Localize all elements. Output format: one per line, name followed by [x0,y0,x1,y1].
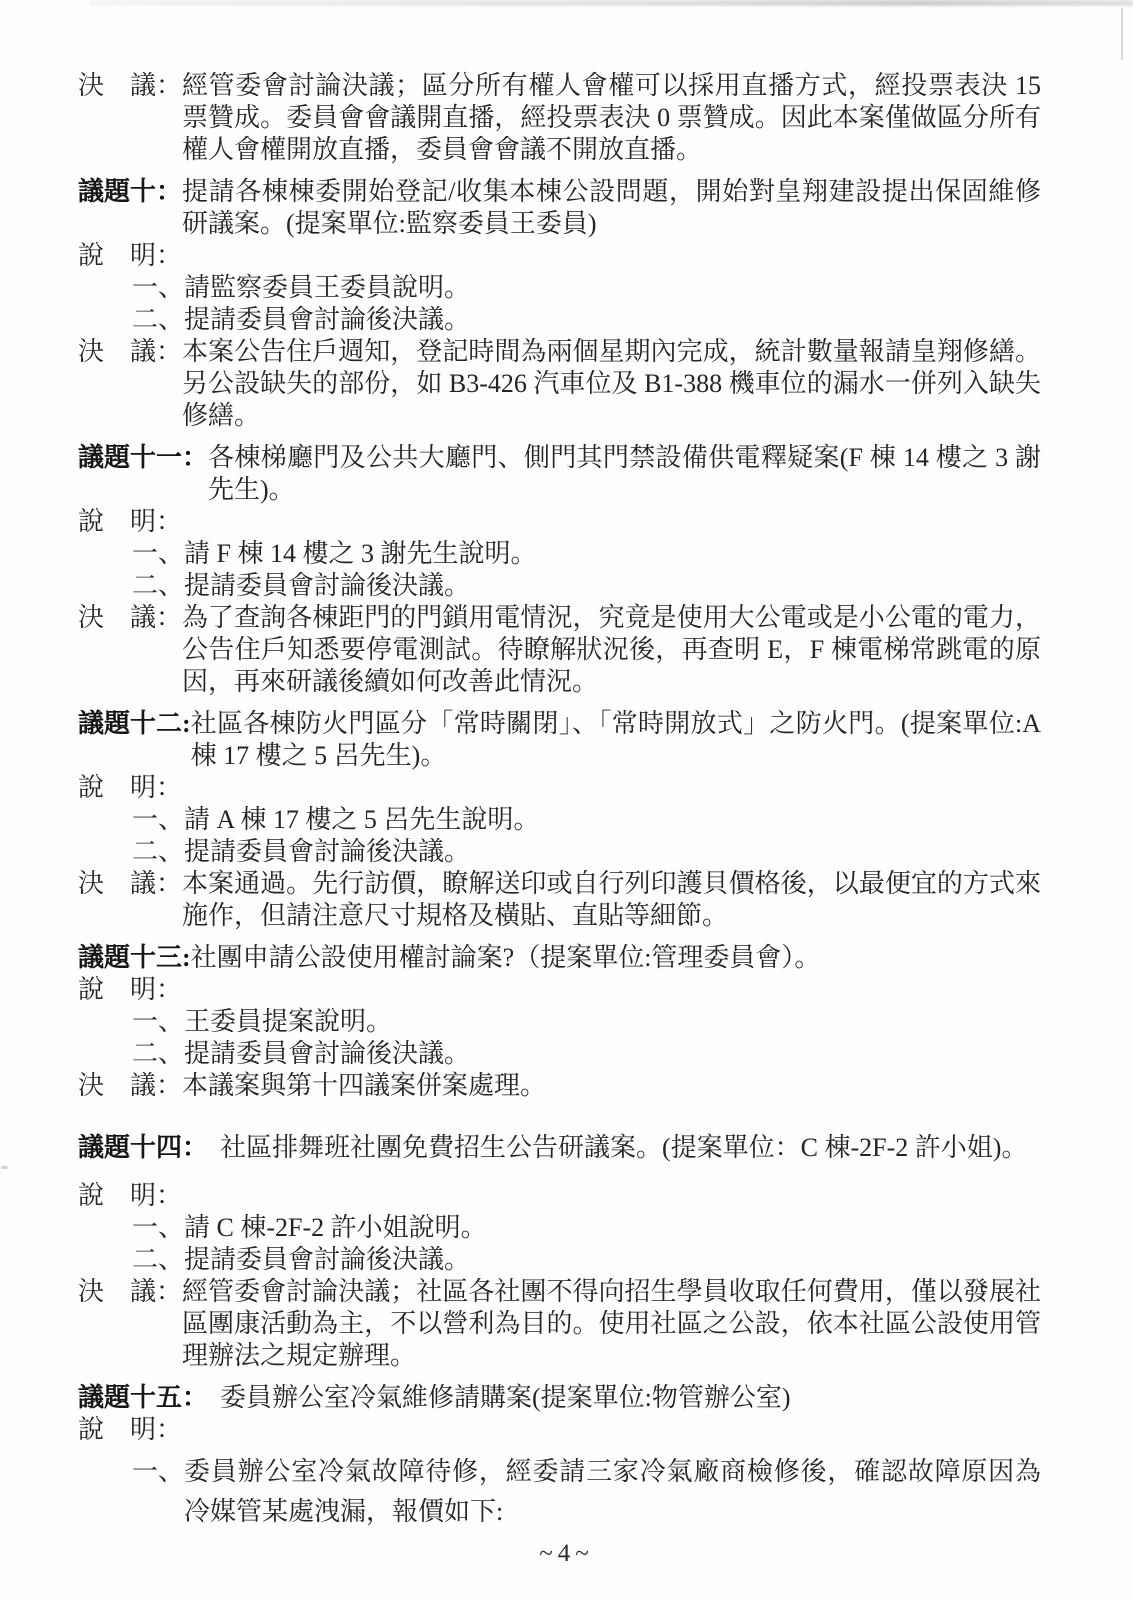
resolution-label: 決 議： [78,1070,182,1102]
item-text: 提請委員會討論後決議。 [184,570,1041,602]
topic-text: 社團申請公設使用權討論案?（提案單位:管理委員會）。 [191,942,1041,974]
resolution-label: 決 議： [78,868,182,900]
item-text: 請 C 棟-2F-2 許小姐說明。 [184,1212,1041,1244]
topic-row: 議題十一：各棟梯廳門及公共大廳門、側門其門禁設備供電釋疑案(F 棟 14 樓之 … [78,442,1041,506]
item-row: 一、委員辦公室冷氣故障待修，經委請三家冷氣廠商檢修後，確認故障原因為冷媒管某處洩… [78,1452,1041,1532]
item-text: 請監察委員王委員說明。 [184,272,1041,304]
explanation-label: 說 明： [78,1180,182,1212]
document-body: 決 議：經管委會討論決議；區分所有權人會權可以採用直播方式，經投票表決 15 票… [78,70,1041,1532]
item-label: 一、 [132,538,184,570]
explanation-label: 說 明： [78,974,182,1006]
item-label: 一、 [132,1212,184,1244]
topic-text: 各棟梯廳門及公共大廳門、側門其門禁設備供電釋疑案(F 棟 14 樓之 3 謝先生… [208,442,1041,506]
topic-row: 議題十二:社區各棟防火門區分「常時關閉」、「常時開放式」之防火門。(提案單位:A… [78,708,1041,772]
explanation-row: 說 明： [78,974,1041,1006]
item-text: 提請委員會討論後決議。 [184,1244,1041,1276]
topic-label: 議題十三: [78,942,191,974]
scan-artifact-top-edge [90,0,1133,6]
topic-row: 議題十五：委員辦公室冷氣維修請購案(提案單位:物管辦公室) [78,1382,1041,1414]
item-label: 一、 [132,1006,184,1038]
item-text: 請 F 棟 14 樓之 3 謝先生說明。 [184,538,1041,570]
item-label: 一、 [132,1452,184,1492]
resolution-row: 決 議：本案公告住戶週知，登記時間為兩個星期內完成，統計數量報請皇翔修繕。另公設… [78,336,1041,432]
resolution-row: 決 議：本案通過。先行訪價，瞭解送印或自行列印護貝價格後，以最便宜的方式來施作，… [78,868,1041,932]
item-text: 委員辦公室冷氣故障待修，經委請三家冷氣廠商檢修後，確認故障原因為冷媒管某處洩漏，… [184,1452,1041,1532]
resolution-row: 決 議：本議案與第十四議案併案處理。 [78,1070,1041,1102]
scan-artifact-right-edge [1121,8,1123,60]
item-label: 二、 [132,304,184,336]
topic-label: 議題十五： [78,1382,208,1414]
resolution-text: 經管委會討論決議；區分所有權人會權可以採用直播方式，經投票表決 15 票贊成。委… [182,70,1041,166]
explanation-label: 說 明： [78,506,182,538]
explanation-label: 說 明： [78,772,182,804]
topic-label: 議題十四： [78,1132,208,1164]
explanation-row: 說 明： [78,772,1041,804]
topic-text: 社區排舞班社團免費招生公告研議案。(提案單位：C 棟-2F-2 許小姐)。 [208,1132,1041,1164]
resolution-label: 決 議： [78,1276,182,1308]
resolution-row: 決 議：經管委會討論決議；社區各社團不得向招生學員收取任何費用，僅以發展社區團康… [78,1276,1041,1372]
scanned-minutes-page: 決 議：經管委會討論決議；區分所有權人會權可以採用直播方式，經投票表決 15 票… [0,0,1133,1600]
resolution-text: 為了查詢各棟距門的門鎖用電情況，究竟是使用大公電或是小公電的電力，公告住戶知悉要… [182,602,1041,698]
explanation-row: 說 明： [78,1414,1041,1446]
topic-text: 社區各棟防火門區分「常時關閉」、「常時開放式」之防火門。(提案單位:A 棟 17… [191,708,1041,772]
resolution-text: 經管委會討論決議；社區各社團不得向招生學員收取任何費用，僅以發展社區團康活動為主… [182,1276,1041,1372]
explanation-label: 說 明： [78,1414,182,1446]
topic-label: 議題十： [78,176,182,208]
item-text: 提請委員會討論後決議。 [184,1038,1041,1070]
item-label: 二、 [132,836,184,868]
item-row: 一、請監察委員王委員說明。 [78,272,1041,304]
topic-row: 議題十三:社團申請公設使用權討論案?（提案單位:管理委員會）。 [78,942,1041,974]
item-row: 二、提請委員會討論後決議。 [78,1244,1041,1276]
explanation-row: 說 明： [78,240,1041,272]
item-label: 二、 [132,1038,184,1070]
explanation-label: 說 明： [78,240,182,272]
topic-label: 議題十二: [78,708,191,740]
resolution-text: 本議案與第十四議案併案處理。 [182,1070,1041,1102]
item-row: 二、提請委員會討論後決議。 [78,304,1041,336]
topic-row: 議題十四：社區排舞班社團免費招生公告研議案。(提案單位：C 棟-2F-2 許小姐… [78,1132,1041,1164]
scan-artifact-left-mark [1,1166,8,1169]
item-label: 二、 [132,570,184,602]
topic-text: 委員辦公室冷氣維修請購案(提案單位:物管辦公室) [208,1382,1041,1414]
item-row: 一、王委員提案說明。 [78,1006,1041,1038]
resolution-text: 本案通過。先行訪價，瞭解送印或自行列印護貝價格後，以最便宜的方式來施作，但請注意… [182,868,1041,932]
topic-row: 議題十：提請各棟棟委開始登記/收集本棟公設問題，開始對皇翔建設提出保固維修研議案… [78,176,1041,240]
item-label: 一、 [132,272,184,304]
item-row: 一、請 C 棟-2F-2 許小姐說明。 [78,1212,1041,1244]
resolution-row: 決 議：經管委會討論決議；區分所有權人會權可以採用直播方式，經投票表決 15 票… [78,70,1041,166]
item-text: 提請委員會討論後決議。 [184,836,1041,868]
resolution-label: 決 議： [78,602,182,634]
explanation-row: 說 明： [78,506,1041,538]
resolution-row: 決 議：為了查詢各棟距門的門鎖用電情況，究竟是使用大公電或是小公電的電力，公告住… [78,602,1041,698]
page-number: ~4~ [0,1540,1133,1568]
resolution-text: 本案公告住戶週知，登記時間為兩個星期內完成，統計數量報請皇翔修繕。另公設缺失的部… [182,336,1041,432]
explanation-row: 說 明： [78,1180,1041,1212]
item-label: 一、 [132,804,184,836]
item-text: 王委員提案說明。 [184,1006,1041,1038]
topic-text: 提請各棟棟委開始登記/收集本棟公設問題，開始對皇翔建設提出保固維修研議案。(提案… [182,176,1041,240]
item-row: 二、提請委員會討論後決議。 [78,1038,1041,1070]
item-row: 一、請 F 棟 14 樓之 3 謝先生說明。 [78,538,1041,570]
topic-label: 議題十一： [78,442,208,474]
item-label: 二、 [132,1244,184,1276]
resolution-label: 決 議： [78,336,182,368]
item-text: 提請委員會討論後決議。 [184,304,1041,336]
item-text: 請 A 棟 17 樓之 5 呂先生說明。 [184,804,1041,836]
item-row: 二、提請委員會討論後決議。 [78,836,1041,868]
item-row: 一、請 A 棟 17 樓之 5 呂先生說明。 [78,804,1041,836]
resolution-label: 決 議： [78,70,182,102]
item-row: 二、提請委員會討論後決議。 [78,570,1041,602]
